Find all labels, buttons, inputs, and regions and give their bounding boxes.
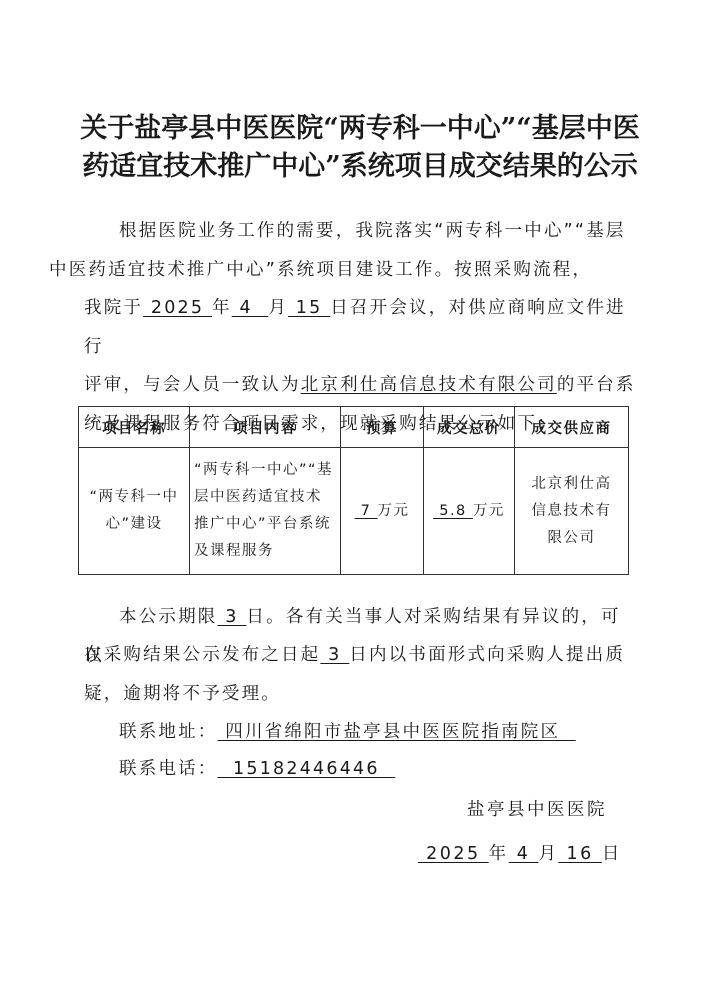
header-budget: 预算 — [341, 407, 424, 448]
signature-date: 2025 年 4 月 16 日 — [418, 840, 622, 865]
phone-label: 联系电话： — [119, 759, 218, 779]
budget-unit: 万元 — [377, 503, 409, 519]
notice-period: 3 — [218, 607, 247, 627]
cell-budget: 7 万元 — [341, 448, 424, 575]
header-project-content: 项目内容 — [190, 407, 341, 448]
budget-value: 7 — [355, 503, 378, 519]
text: 月 — [538, 844, 558, 864]
meeting-year: 2025 — [143, 298, 212, 318]
header-supplier: 成交供应商 — [515, 407, 629, 448]
price-unit: 万元 — [473, 503, 505, 519]
cell-price: 5.8 万元 — [424, 448, 515, 575]
result-table: 项目名称 项目内容 预算 成交总价 成交供应商 “两专科一中心”建设 “两专科一… — [78, 406, 629, 575]
sig-month: 4 — [509, 844, 539, 864]
text: 疑，逾期将不予受理。 — [84, 684, 281, 704]
text: 日内以书面形式向采购人提出质 — [349, 645, 625, 665]
intro-line: 根据医院业务工作的需要，我院落实“两专科一中心”“基层 — [119, 221, 626, 241]
address-label: 联系地址： — [119, 722, 218, 742]
intro-line: 中医药适宜技术推广中心”系统项目建设工作。按照采购流程， — [49, 260, 592, 280]
notice-paragraph-cont: 在采购结果公示发布之日起 3 日内以书面形式向采购人提出质 疑，逾期将不予受理。 — [84, 636, 640, 713]
meeting-day: 15 — [288, 298, 330, 318]
address-value: 四川省绵阳市盐亭县中医医院指南院区 — [218, 722, 576, 742]
cell-project-content: “两专科一中心”“基层中医药适宜技术推广中心”平台系统及课程服务 — [190, 448, 341, 575]
document-title-line2: 药适宜技术推广中心”系统项目成交结果的公示 — [70, 144, 650, 190]
text: 在采购结果公示发布之日起 — [84, 645, 320, 665]
table-row: “两专科一中心”建设 “两专科一中心”“基层中医药适宜技术推广中心”平台系统及课… — [79, 448, 629, 575]
sig-year: 2025 — [418, 844, 489, 864]
sig-day: 16 — [558, 844, 601, 864]
cell-supplier: 北京利仕高信息技术有限公司 — [515, 448, 629, 575]
phone-value: 15182446446 — [218, 759, 396, 779]
supplier-name: 北京利仕高信息技术有限公司 — [301, 375, 557, 395]
intro-paragraph: 根据医院业务工作的需要，我院落实“两专科一中心”“基层 中医药适宜技术推广中心”… — [84, 212, 640, 289]
text: 月 — [268, 298, 288, 318]
table-header-row: 项目名称 项目内容 预算 成交总价 成交供应商 — [79, 407, 629, 448]
text: 我院于 — [84, 298, 143, 318]
signature-org: 盐亭县中医医院 — [467, 796, 607, 821]
text: 日 — [602, 844, 622, 864]
contact-address: 联系地址： 四川省绵阳市盐亭县中医医院指南院区 — [119, 718, 576, 743]
header-project-name: 项目名称 — [79, 407, 190, 448]
cell-project-name: “两专科一中心”建设 — [79, 448, 190, 575]
text: 年 — [489, 844, 509, 864]
meeting-month: 4 — [232, 298, 269, 318]
header-price: 成交总价 — [424, 407, 515, 448]
objection-period: 3 — [320, 645, 349, 665]
price-value: 5.8 — [433, 503, 473, 519]
text: 的平台系 — [557, 375, 636, 395]
contact-phone: 联系电话： 15182446446 — [119, 755, 395, 780]
text: 评审，与会人员一致认为 — [84, 375, 301, 395]
text: 本公示期限 — [119, 607, 218, 627]
text: 年 — [212, 298, 232, 318]
